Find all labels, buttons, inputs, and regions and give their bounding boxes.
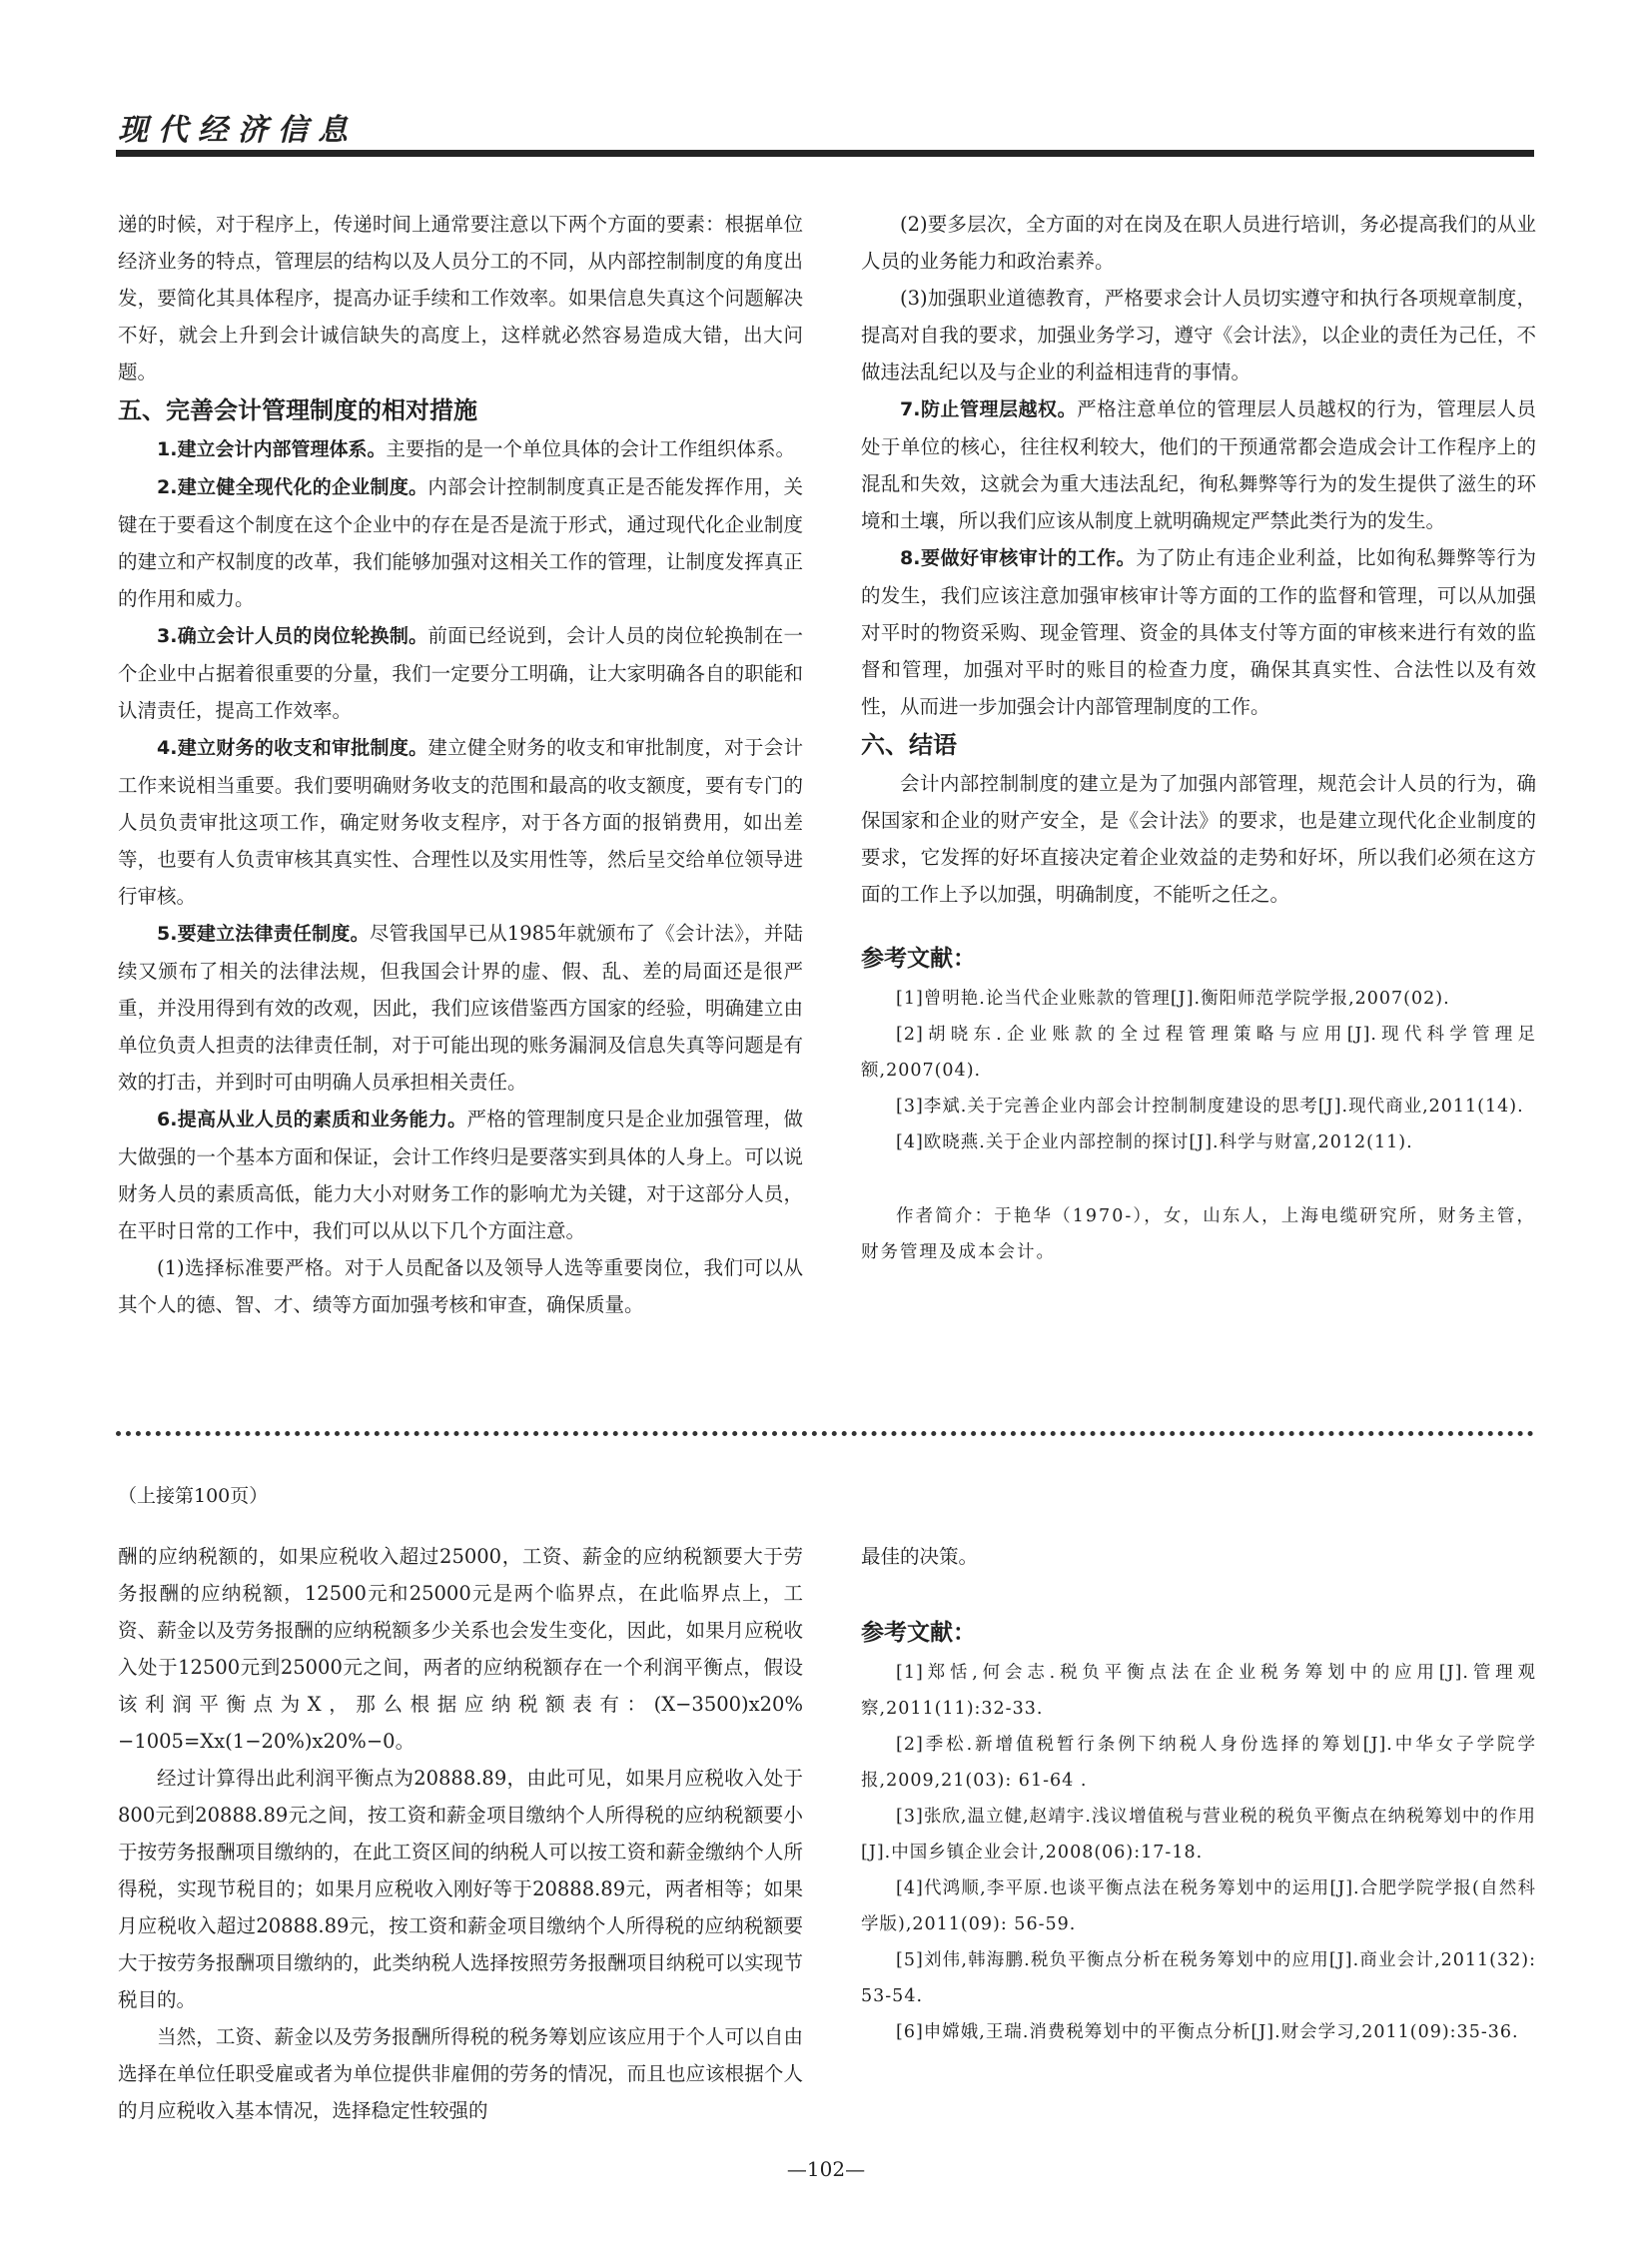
paragraph: 会计内部控制制度的建立是为了加强内部管理，规范会计人员的行为，确保国家和企业的财…	[861, 765, 1536, 913]
section-heading: 五、完善会计管理制度的相对措施	[118, 390, 803, 430]
paragraph: 1.建立会计内部管理体系。主要指的是一个单位具体的会计工作组织体系。	[118, 430, 803, 468]
paragraph-lead: 1.建立会计内部管理体系。	[157, 438, 386, 460]
references-heading: 参考文献：	[861, 941, 1536, 977]
paragraph: 酬的应纳税额的，如果应税收入超过25000，工资、薪金的应纳税额要大于劳务报酬的…	[118, 1538, 803, 1760]
paragraph-lead: 7.防止管理层越权。	[900, 398, 1077, 420]
paragraph-lead: 2.建立健全现代化的企业制度。	[157, 476, 427, 498]
bottom-left-column: 酬的应纳税额的，如果应税收入超过25000，工资、薪金的应纳税额要大于劳务报酬的…	[118, 1538, 803, 2129]
page-number: —102—	[0, 2157, 1652, 2181]
top-right-body: (2)要多层次，全方面的对在岗及在职人员进行培训，务必提高我们的从业人员的业务能…	[861, 206, 1536, 913]
reference-item: [3]张欣,温立健,赵靖宇.浅议增值税与营业税的税负平衡点在纳税筹划中的作用[J…	[861, 1799, 1536, 1870]
reference-item: [5]刘伟,韩海鹏.税负平衡点分析在税务筹划中的应用[J].商业会计,2011(…	[861, 1942, 1536, 2014]
section-heading: 六、结语	[861, 725, 1536, 765]
paragraph: (2)要多层次，全方面的对在岗及在职人员进行培训，务必提高我们的从业人员的业务能…	[861, 206, 1536, 280]
paragraph-text: 递的时候，对于程序上，传递时间上通常要注意以下两个方面的要素：根据单位经济业务的…	[118, 213, 803, 383]
paragraph: 递的时候，对于程序上，传递时间上通常要注意以下两个方面的要素：根据单位经济业务的…	[118, 206, 803, 390]
paragraph-text: (2)要多层次，全方面的对在岗及在职人员进行培训，务必提高我们的从业人员的业务能…	[861, 213, 1536, 273]
top-left-column: 递的时候，对于程序上，传递时间上通常要注意以下两个方面的要素：根据单位经济业务的…	[118, 206, 803, 1323]
continued-text: 最佳的决策。	[861, 1538, 1536, 1575]
journal-title: 现代经济信息	[118, 105, 358, 149]
reference-item: [1]郑恬,何会志.税负平衡点法在企业税务筹划中的应用[J].管理观察,2011…	[861, 1655, 1536, 1727]
paragraph: 7.防止管理层越权。严格注意单位的管理层人员越权的行为，管理层人员处于单位的核心…	[861, 390, 1536, 539]
paragraph: 4.建立财务的收支和审批制度。建立健全财务的收支和审批制度，对于会计工作来说相当…	[118, 729, 803, 915]
references-list: [1]曾明艳.论当代企业账款的管理[J].衡阳师范学院学报,2007(02).[…	[861, 981, 1536, 1160]
header-rule	[116, 150, 1534, 157]
paragraph-text: 会计内部控制制度的建立是为了加强内部管理，规范会计人员的行为，确保国家和企业的财…	[861, 772, 1536, 906]
top-right-column: (2)要多层次，全方面的对在岗及在职人员进行培训，务必提高我们的从业人员的业务能…	[861, 206, 1536, 1270]
paragraph-text: 建立健全财务的收支和审批制度，对于会计工作来说相当重要。我们要明确财务收支的范围…	[118, 736, 803, 908]
author-bio: 作者简介：于艳华（1970-），女，山东人，上海电缆研究所，财务主管，财务管理及…	[861, 1198, 1536, 1270]
paragraph: 3.确立会计人员的岗位轮换制。前面已经说到，会计人员的岗位轮换制在一个企业中占据…	[118, 617, 803, 729]
paragraph: 6.提高从业人员的素质和业务能力。严格的管理制度只是企业加强管理，做大做强的一个…	[118, 1101, 803, 1249]
reference-item: [1]曾明艳.论当代企业账款的管理[J].衡阳师范学院学报,2007(02).	[861, 981, 1536, 1017]
reference-item: [6]申嫦娥,王瑞.消费税筹划中的平衡点分析[J].财会学习,2011(09):…	[861, 2014, 1536, 2050]
paragraph: (1)选择标准要严格。对于人员配备以及领导人选等重要岗位，我们可以从其个人的德、…	[118, 1249, 803, 1323]
paragraph-lead: 5.要建立法律责任制度。	[157, 923, 370, 945]
paragraph: 经过计算得出此利润平衡点为20888.89，由此可见，如果月应税收入处于800元…	[118, 1760, 803, 2018]
section-separator	[116, 1431, 1534, 1436]
paragraph-text: 主要指的是一个单位具体的会计工作组织体系。	[386, 437, 795, 460]
reference-item: [4]代鸿顺,李平原.也谈平衡点法在税务筹划中的运用[J].合肥学院学报(自然科…	[861, 1870, 1536, 1942]
reference-item: [3]李斌.关于完善企业内部会计控制制度建设的思考[J].现代商业,2011(1…	[861, 1089, 1536, 1124]
references-list: [1]郑恬,何会志.税负平衡点法在企业税务筹划中的应用[J].管理观察,2011…	[861, 1655, 1536, 2050]
references-heading: 参考文献：	[861, 1615, 1536, 1651]
reference-item: [2]季松.新增值税暂行条例下纳税人身份选择的筹划[J].中华女子学院学报,20…	[861, 1727, 1536, 1799]
paragraph-text: 酬的应纳税额的，如果应税收入超过25000，工资、薪金的应纳税额要大于劳务报酬的…	[118, 1545, 803, 1753]
paragraph: 5.要建立法律责任制度。尽管我国早已从1985年就颁布了《会计法》，并陆续又颁布…	[118, 915, 803, 1101]
paragraph-text: (3)加强职业道德教育，严格要求会计人员切实遵守和执行各项规章制度，提高对自我的…	[861, 287, 1536, 383]
reference-item: [2]胡晓东.企业账款的全过程管理策略与应用[J].现代科学管理足额,2007(…	[861, 1017, 1536, 1089]
paragraph: 2.建立健全现代化的企业制度。内部会计控制制度真正是否能发挥作用，关键在于要看这…	[118, 468, 803, 617]
paragraph: 8.要做好审核审计的工作。为了防止有违企业利益，比如徇私舞弊等行为的发生，我们应…	[861, 539, 1536, 725]
paragraph: 当然，工资、薪金以及劳务报酬所得税的税务筹划应该应用于个人可以自由选择在单位任职…	[118, 2018, 803, 2129]
paragraph-lead: 8.要做好审核审计的工作。	[900, 547, 1136, 569]
paragraph-text: 为了防止有违企业利益，比如徇私舞弊等行为的发生，我们应该注意加强审核审计等方面的…	[861, 546, 1536, 718]
bottom-right-column: 最佳的决策。 参考文献： [1]郑恬,何会志.税负平衡点法在企业税务筹划中的应用…	[861, 1538, 1536, 2050]
continued-from-note: （上接第100页）	[118, 1481, 268, 1508]
paragraph-text: 尽管我国早已从1985年就颁布了《会计法》，并陆续又颁布了相关的法律法规，但我国…	[118, 922, 803, 1094]
paragraph-lead: 3.确立会计人员的岗位轮换制。	[157, 625, 427, 647]
paragraph-lead: 6.提高从业人员的素质和业务能力。	[157, 1109, 466, 1130]
paragraph-text: 当然，工资、薪金以及劳务报酬所得税的税务筹划应该应用于个人可以自由选择在单位任职…	[118, 2025, 803, 2122]
paragraph-text: 经过计算得出此利润平衡点为20888.89，由此可见，如果月应税收入处于800元…	[118, 1767, 803, 2011]
paragraph-text: (1)选择标准要严格。对于人员配备以及领导人选等重要岗位，我们可以从其个人的德、…	[118, 1256, 803, 1316]
paragraph-lead: 4.建立财务的收支和审批制度。	[157, 737, 427, 759]
reference-item: [4]欧晓燕.关于企业内部控制的探讨[J].科学与财富,2012(11).	[861, 1124, 1536, 1160]
paragraph: (3)加强职业道德教育，严格要求会计人员切实遵守和执行各项规章制度，提高对自我的…	[861, 280, 1536, 390]
